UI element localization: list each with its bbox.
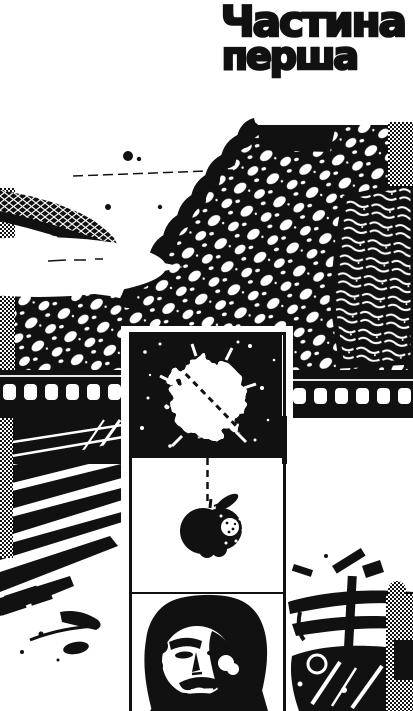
ink-dot <box>158 205 162 209</box>
corner-dither <box>388 122 413 186</box>
ink-dot <box>195 186 198 189</box>
strip-border-right-thick <box>282 416 287 464</box>
triptych-strip <box>121 326 293 711</box>
strip-border-right <box>283 332 286 711</box>
film-gap-line <box>0 375 122 377</box>
strip-border-top <box>129 332 286 335</box>
part-title-line2: перша <box>221 38 357 74</box>
apple-panel <box>132 458 284 594</box>
portrait-nostril <box>192 673 202 674</box>
creature-top-solid <box>256 125 336 152</box>
ink-dot <box>105 204 111 210</box>
bottom-right-chaos <box>288 548 413 711</box>
book-part-title-page: Частина перша <box>0 0 413 711</box>
strip-border-left <box>129 332 132 711</box>
ink-dot <box>213 181 215 183</box>
fade-marks <box>0 585 101 661</box>
portrait-panel <box>132 594 282 711</box>
shadow-light-patch <box>227 663 239 675</box>
sunburst-panel <box>132 335 282 458</box>
ink-dot <box>137 157 141 161</box>
panel-divider <box>132 592 284 594</box>
coral-texture <box>332 182 413 366</box>
bottom-left-chaos <box>0 418 129 662</box>
film-gap-line <box>291 379 413 381</box>
collage-illustration <box>0 0 413 711</box>
ink-dot <box>123 151 133 161</box>
part-title: Частина перша <box>221 2 405 74</box>
